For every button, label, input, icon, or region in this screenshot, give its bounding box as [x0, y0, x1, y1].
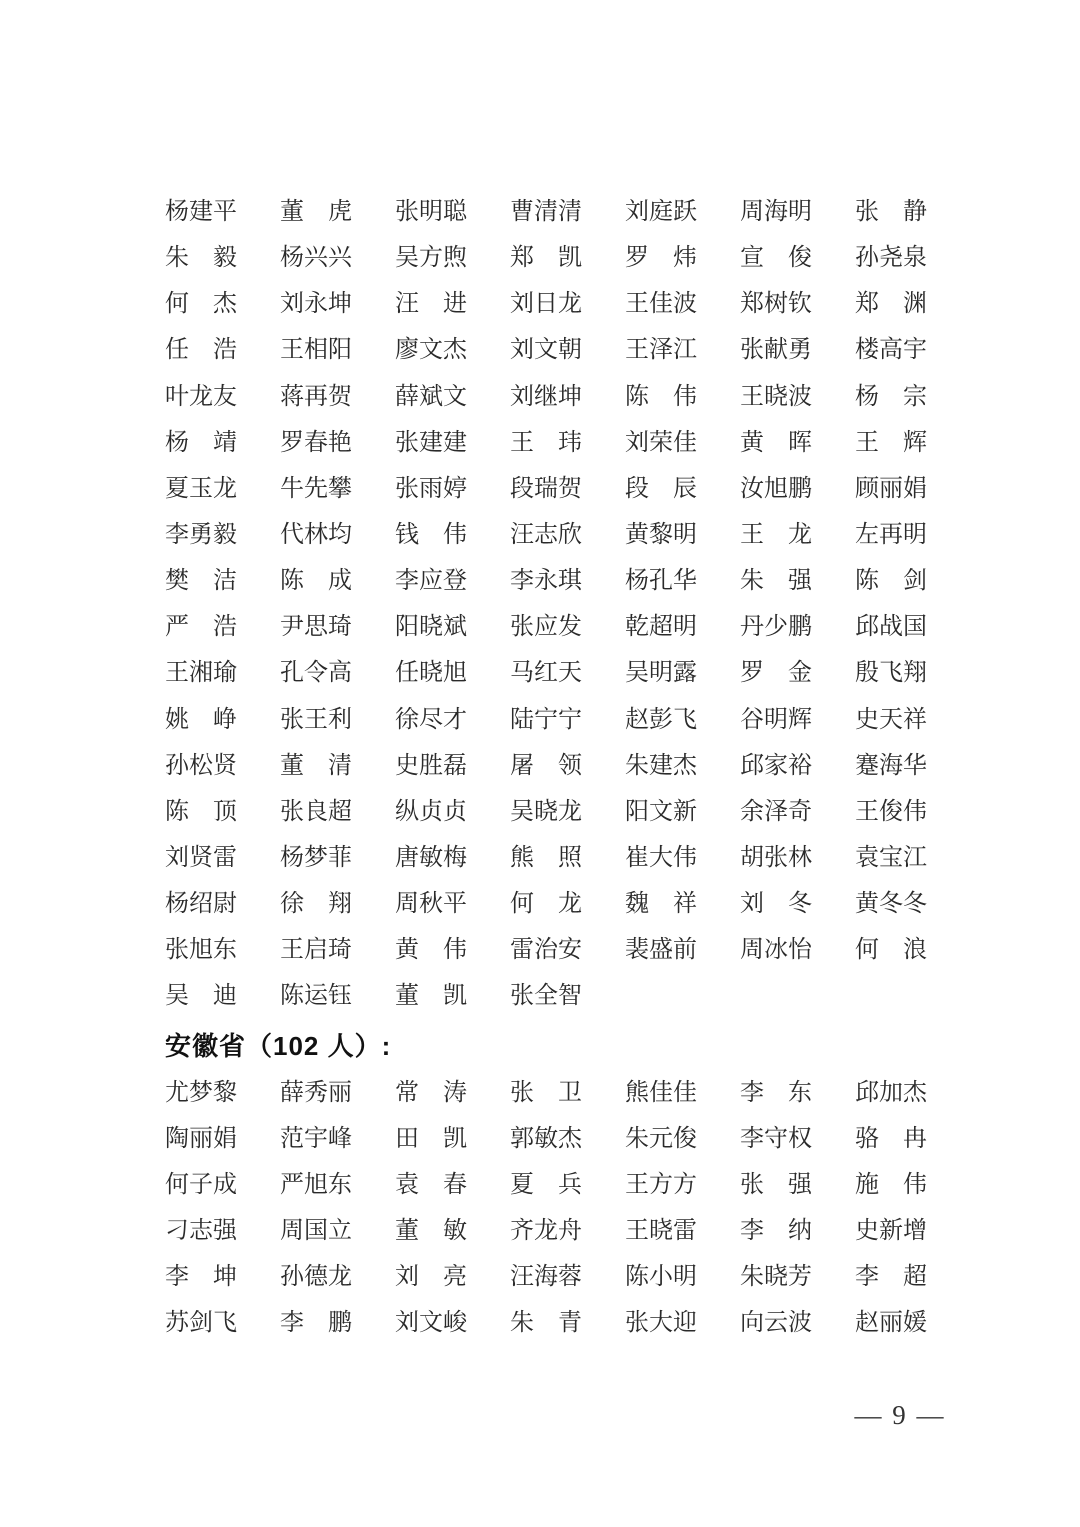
person-name: 楼高宇 — [855, 338, 927, 362]
person-name: 王相阳 — [280, 338, 352, 362]
person-name: 陈剑 — [855, 569, 927, 593]
person-name: 王晓雷 — [625, 1219, 697, 1243]
person-name: 尤梦黎 — [165, 1081, 237, 1105]
person-name: 叶龙友 — [165, 385, 237, 409]
person-name: 胡张林 — [740, 846, 812, 870]
person-name: 陶丽娟 — [165, 1127, 237, 1151]
person-name: 张应发 — [510, 615, 582, 639]
name-row: 叶龙友蒋再贺薛斌文刘继坤陈伟王晓波杨宗 — [165, 374, 928, 420]
name-row: 陶丽娟范宇峰田凯郭敏杰朱元俊李守权骆冉 — [165, 1116, 928, 1162]
name-list-content: 杨建平董虎张明聪曹清清刘庭跃周海明张静朱毅杨兴兴吴方煦郑凯罗炜宣俊孙尧泉何杰刘永… — [165, 189, 928, 1346]
person-name: 张王利 — [280, 708, 352, 732]
person-name: 董清 — [280, 754, 352, 778]
name-row: 夏玉龙牛先攀张雨婷段瑞贺段辰汝旭鹏顾丽娟 — [165, 466, 928, 512]
person-name: 周国立 — [280, 1219, 352, 1243]
person-name: 张大迎 — [625, 1311, 697, 1335]
person-name: 吴明露 — [625, 661, 697, 685]
person-name: 王俊伟 — [855, 800, 927, 824]
person-name: 朱元俊 — [625, 1127, 697, 1151]
person-name: 唐敏梅 — [395, 846, 467, 870]
person-name: 邱战国 — [855, 615, 927, 639]
person-name: 李鹏 — [280, 1311, 352, 1335]
person-name: 汪志欣 — [510, 523, 582, 547]
name-row: 任浩王相阳廖文杰刘文朝王泽江张献勇楼高宇 — [165, 327, 928, 373]
person-name: 张静 — [855, 200, 927, 224]
person-name: 李守权 — [740, 1127, 812, 1151]
person-name: 杨绍尉 — [165, 892, 237, 916]
person-name: 乾超明 — [625, 615, 697, 639]
person-name: 何龙 — [510, 892, 582, 916]
person-name: 王佳波 — [625, 292, 697, 316]
person-name: 袁宝江 — [855, 846, 927, 870]
person-name: 阳晓斌 — [395, 615, 467, 639]
person-name: 徐尽才 — [395, 708, 467, 732]
name-row: 刁志强周国立董敏齐龙舟王晓雷李纳史新增 — [165, 1208, 928, 1254]
name-row: 杨建平董虎张明聪曹清清刘庭跃周海明张静 — [165, 189, 928, 235]
person-name: 纵贞贞 — [395, 800, 467, 824]
name-row: 樊洁陈成李应登李永琪杨孔华朱强陈剑 — [165, 558, 928, 604]
person-name: 杨梦菲 — [280, 846, 352, 870]
person-name: 杨兴兴 — [280, 246, 352, 270]
person-name: 董敏 — [395, 1219, 467, 1243]
person-name: 朱毅 — [165, 246, 237, 270]
person-name: 刘文朝 — [510, 338, 582, 362]
section-anhui: 安徽省（102 人）:尤梦黎薛秀丽常涛张卫熊佳佳李东邱加杰陶丽娟范宇峰田凯郭敏杰… — [165, 1020, 928, 1347]
name-row: 吴迪陈运钰董凯张全智 — [165, 973, 928, 1019]
person-name: 李超 — [855, 1265, 927, 1289]
person-name: 孔令高 — [280, 661, 352, 685]
person-name: 屠领 — [510, 754, 582, 778]
section-header: 安徽省（102 人）: — [165, 1020, 928, 1070]
person-name: 刘荣佳 — [625, 431, 697, 455]
person-name: 王龙 — [740, 523, 812, 547]
name-row: 何子成严旭东袁春夏兵王方方张强施伟 — [165, 1162, 928, 1208]
person-name: 邱加杰 — [855, 1081, 927, 1105]
person-name: 刘冬 — [740, 892, 812, 916]
person-name: 朱晓芳 — [740, 1265, 812, 1289]
person-name: 廖文杰 — [395, 338, 467, 362]
person-name: 熊佳佳 — [625, 1081, 697, 1105]
person-name: 张建建 — [395, 431, 467, 455]
person-name: 史新增 — [855, 1219, 927, 1243]
person-name: 杨靖 — [165, 431, 237, 455]
person-name: 董凯 — [395, 984, 467, 1008]
person-name: 段辰 — [625, 477, 697, 501]
person-name: 陈伟 — [625, 385, 697, 409]
person-name: 史胜磊 — [395, 754, 467, 778]
person-name: 王泽江 — [625, 338, 697, 362]
person-name: 范宇峰 — [280, 1127, 352, 1151]
person-name: 严浩 — [165, 615, 237, 639]
person-name: 李永琪 — [510, 569, 582, 593]
person-name: 顾丽娟 — [855, 477, 927, 501]
person-name: 张旭东 — [165, 938, 237, 962]
person-name: 董虎 — [280, 200, 352, 224]
person-name: 余泽奇 — [740, 800, 812, 824]
person-name: 何子成 — [165, 1173, 237, 1197]
person-name: 田凯 — [395, 1127, 467, 1151]
person-name: 张良超 — [280, 800, 352, 824]
person-name: 朱建杰 — [625, 754, 697, 778]
person-name: 陈顶 — [165, 800, 237, 824]
person-name: 王启琦 — [280, 938, 352, 962]
person-name: 王湘瑜 — [165, 661, 237, 685]
name-row: 刘贤雷杨梦菲唐敏梅熊照崔大伟胡张林袁宝江 — [165, 835, 928, 881]
person-name: 阳文新 — [625, 800, 697, 824]
person-name: 赵彭飞 — [625, 708, 697, 732]
person-name: 李坤 — [165, 1265, 237, 1289]
person-name: 黄黎明 — [625, 523, 697, 547]
person-name: 刘文峻 — [395, 1311, 467, 1335]
person-name: 骆冉 — [855, 1127, 927, 1151]
person-name: 马红天 — [510, 661, 582, 685]
name-row: 严浩尹思琦阳晓斌张应发乾超明丹少鹏邱战国 — [165, 604, 928, 650]
name-row: 李勇毅代林均钱伟汪志欣黄黎明王龙左再明 — [165, 512, 928, 558]
person-name: 赵丽媛 — [855, 1311, 927, 1335]
person-name: 雷治安 — [510, 938, 582, 962]
person-name: 宣俊 — [740, 246, 812, 270]
person-name: 夏玉龙 — [165, 477, 237, 501]
person-name: 李纳 — [740, 1219, 812, 1243]
person-name: 罗金 — [740, 661, 812, 685]
name-row: 苏剑飞李鹏刘文峻朱青张大迎向云波赵丽媛 — [165, 1300, 928, 1346]
person-name: 樊洁 — [165, 569, 237, 593]
person-name: 裴盛前 — [625, 938, 697, 962]
person-name: 何杰 — [165, 292, 237, 316]
person-name: 杨孔华 — [625, 569, 697, 593]
person-name: 孙松贤 — [165, 754, 237, 778]
person-name: 任浩 — [165, 338, 237, 362]
person-name: 蹇海华 — [855, 754, 927, 778]
person-name: 罗炜 — [625, 246, 697, 270]
person-name: 刘庭跃 — [625, 200, 697, 224]
person-name: 杨建平 — [165, 200, 237, 224]
person-name: 刘日龙 — [510, 292, 582, 316]
name-row: 李坤孙德龙刘亮汪海蓉陈小明朱晓芳李超 — [165, 1254, 928, 1300]
person-name: 刘贤雷 — [165, 846, 237, 870]
person-name: 王晓波 — [740, 385, 812, 409]
person-name: 尹思琦 — [280, 615, 352, 639]
person-name: 周冰怡 — [740, 938, 812, 962]
person-name: 汪海蓉 — [510, 1265, 582, 1289]
person-name: 朱青 — [510, 1311, 582, 1335]
person-name: 郑凯 — [510, 246, 582, 270]
name-row: 姚峥张王利徐尽才陆宁宁赵彭飞谷明辉史天祥 — [165, 697, 928, 743]
person-name: 王辉 — [855, 431, 927, 455]
person-name: 刘永坤 — [280, 292, 352, 316]
person-name: 施伟 — [855, 1173, 927, 1197]
person-name: 孙德龙 — [280, 1265, 352, 1289]
person-name: 吴方煦 — [395, 246, 467, 270]
person-name: 魏祥 — [625, 892, 697, 916]
person-name: 罗春艳 — [280, 431, 352, 455]
person-name: 袁春 — [395, 1173, 467, 1197]
person-name: 代林均 — [280, 523, 352, 547]
person-name: 段瑞贺 — [510, 477, 582, 501]
section-list-continued: 杨建平董虎张明聪曹清清刘庭跃周海明张静朱毅杨兴兴吴方煦郑凯罗炜宣俊孙尧泉何杰刘永… — [165, 189, 928, 1020]
person-name: 杨宗 — [855, 385, 927, 409]
person-name: 刘亮 — [395, 1265, 467, 1289]
person-name: 郑树钦 — [740, 292, 812, 316]
person-name: 夏兵 — [510, 1173, 582, 1197]
person-name: 陈小明 — [625, 1265, 697, 1289]
name-row: 朱毅杨兴兴吴方煦郑凯罗炜宣俊孙尧泉 — [165, 235, 928, 281]
person-name: 李应登 — [395, 569, 467, 593]
person-name: 周海明 — [740, 200, 812, 224]
person-name: 吴迪 — [165, 984, 237, 1008]
person-name: 黄晖 — [740, 431, 812, 455]
person-name: 刘继坤 — [510, 385, 582, 409]
person-name: 张雨婷 — [395, 477, 467, 501]
person-name: 熊照 — [510, 846, 582, 870]
person-name: 牛先攀 — [280, 477, 352, 501]
person-name: 常涛 — [395, 1081, 467, 1105]
person-name: 刁志强 — [165, 1219, 237, 1243]
person-name: 丹少鹏 — [740, 615, 812, 639]
person-name: 殷飞翔 — [855, 661, 927, 685]
person-name: 黄伟 — [395, 938, 467, 962]
person-name: 严旭东 — [280, 1173, 352, 1197]
person-name: 邱家裕 — [740, 754, 812, 778]
person-name: 张献勇 — [740, 338, 812, 362]
page-number: — 9 — — [845, 1400, 955, 1431]
person-name: 崔大伟 — [625, 846, 697, 870]
person-name: 张明聪 — [395, 200, 467, 224]
person-name: 王方方 — [625, 1173, 697, 1197]
person-name: 郭敏杰 — [510, 1127, 582, 1151]
person-name: 陆宁宁 — [510, 708, 582, 732]
name-row: 何杰刘永坤汪进刘日龙王佳波郑树钦郑渊 — [165, 281, 928, 327]
person-name: 李勇毅 — [165, 523, 237, 547]
person-name: 李东 — [740, 1081, 812, 1105]
person-name: 谷明辉 — [740, 708, 812, 732]
person-name: 向云波 — [740, 1311, 812, 1335]
person-name: 陈运钰 — [280, 984, 352, 1008]
person-name: 陈成 — [280, 569, 352, 593]
person-name: 汝旭鹏 — [740, 477, 812, 501]
name-row: 杨靖罗春艳张建建王玮刘荣佳黄晖王辉 — [165, 420, 928, 466]
person-name: 齐龙舟 — [510, 1219, 582, 1243]
person-name: 史天祥 — [855, 708, 927, 732]
person-name: 朱强 — [740, 569, 812, 593]
person-name: 钱伟 — [395, 523, 467, 547]
person-name: 曹清清 — [510, 200, 582, 224]
person-name: 孙尧泉 — [855, 246, 927, 270]
person-name: 薛秀丽 — [280, 1081, 352, 1105]
person-name: 蒋再贺 — [280, 385, 352, 409]
person-name: 何浪 — [855, 938, 927, 962]
name-row: 张旭东王启琦黄伟雷治安裴盛前周冰怡何浪 — [165, 927, 928, 973]
person-name: 任晓旭 — [395, 661, 467, 685]
person-name: 汪进 — [395, 292, 467, 316]
person-name: 左再明 — [855, 523, 927, 547]
name-row: 王湘瑜孔令高任晓旭马红天吴明露罗金殷飞翔 — [165, 650, 928, 696]
document-page: 杨建平董虎张明聪曹清清刘庭跃周海明张静朱毅杨兴兴吴方煦郑凯罗炜宣俊孙尧泉何杰刘永… — [0, 0, 1080, 1527]
person-name: 周秋平 — [395, 892, 467, 916]
name-row: 孙松贤董清史胜磊屠领朱建杰邱家裕蹇海华 — [165, 743, 928, 789]
name-row: 杨绍尉徐翔周秋平何龙魏祥刘冬黄冬冬 — [165, 881, 928, 927]
person-name: 吴晓龙 — [510, 800, 582, 824]
person-name: 张全智 — [510, 984, 582, 1008]
person-name: 薛斌文 — [395, 385, 467, 409]
person-name: 苏剑飞 — [165, 1311, 237, 1335]
person-name: 张强 — [740, 1173, 812, 1197]
person-name: 张卫 — [510, 1081, 582, 1105]
name-row: 尤梦黎薛秀丽常涛张卫熊佳佳李东邱加杰 — [165, 1070, 928, 1116]
person-name: 王玮 — [510, 431, 582, 455]
person-name: 黄冬冬 — [855, 892, 927, 916]
person-name: 姚峥 — [165, 708, 237, 732]
person-name: 郑渊 — [855, 292, 927, 316]
name-row: 陈顶张良超纵贞贞吴晓龙阳文新余泽奇王俊伟 — [165, 789, 928, 835]
person-name: 徐翔 — [280, 892, 352, 916]
